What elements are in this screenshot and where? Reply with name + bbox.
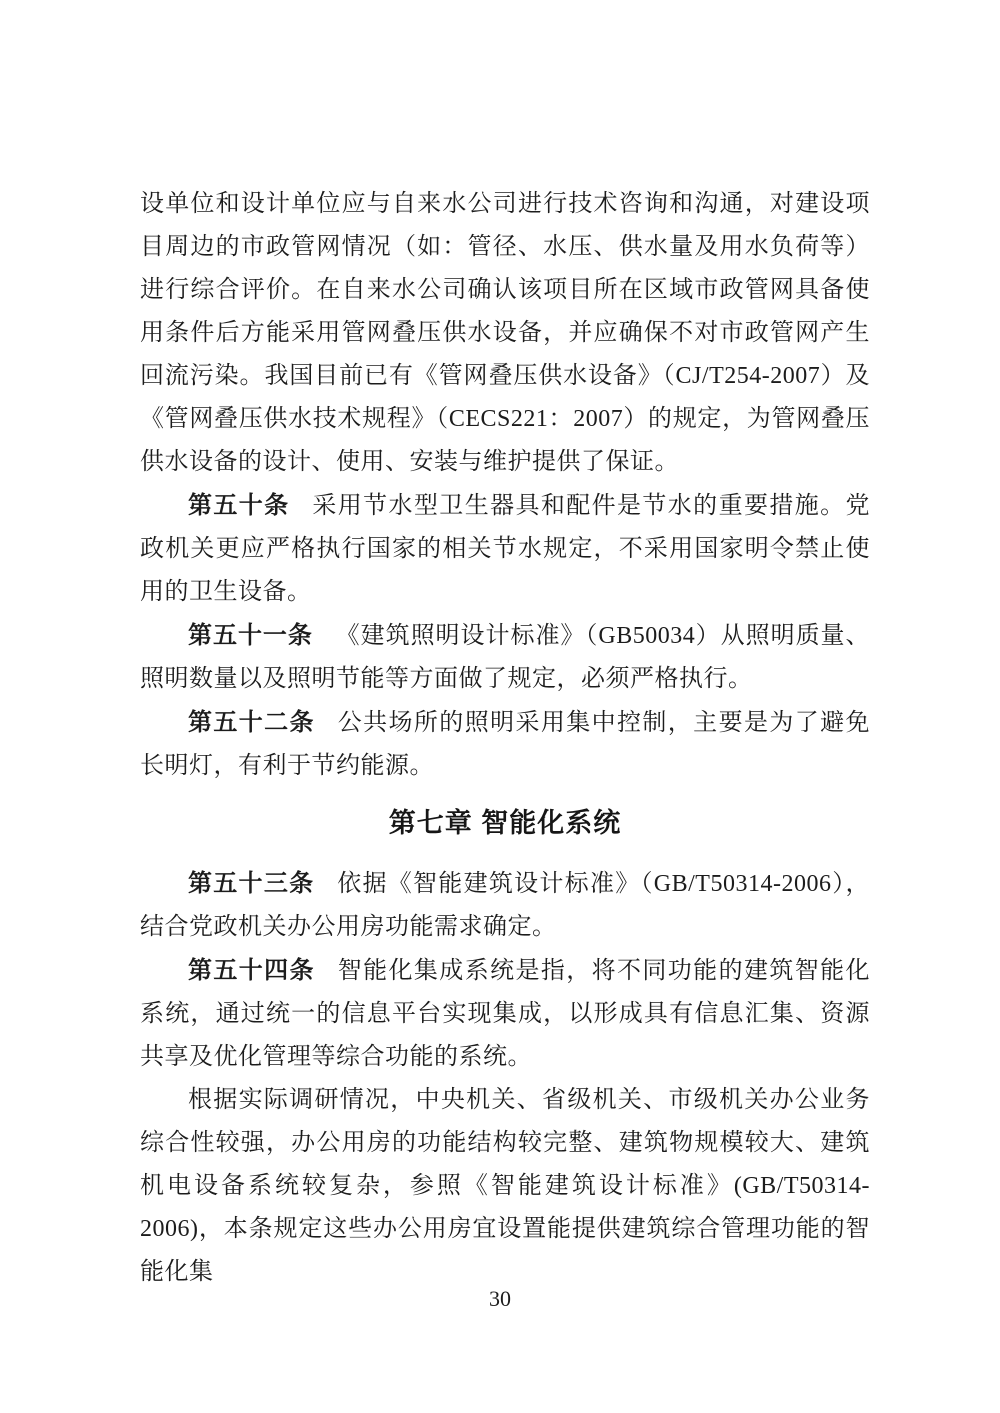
page-number: 30 [0, 1286, 1000, 1312]
article-number: 第五十三条 [188, 870, 314, 897]
article-number: 第五十一条 [188, 622, 313, 649]
paragraph-article-51: 第五十一条《建筑照明设计标准》（GB50034）从照明质量、照明数量以及照明节能… [140, 614, 870, 701]
article-number: 第五十四条 [188, 957, 315, 984]
paragraph-commentary: 根据实际调研情况，中央机关、省级机关、市级机关办公业务综合性较强，办公用房的功能… [140, 1079, 870, 1294]
paragraph-text: 设单位和设计单位应与自来水公司进行技术咨询和沟通，对建设项目周边的市政管网情况（… [140, 191, 870, 475]
chapter-heading: 第七章 智能化系统 [140, 802, 870, 844]
paragraph-article-50: 第五十条采用节水型卫生器具和配件是节水的重要措施。党政机关更应严格执行国家的相关… [140, 484, 870, 614]
document-page: 设单位和设计单位应与自来水公司进行技术咨询和沟通，对建设项目周边的市政管网情况（… [0, 0, 1000, 1413]
article-number: 第五十二条 [188, 709, 315, 736]
page-content: 设单位和设计单位应与自来水公司进行技术咨询和沟通，对建设项目周边的市政管网情况（… [0, 0, 1000, 1294]
article-number: 第五十条 [188, 492, 290, 519]
paragraph-text: 根据实际调研情况，中央机关、省级机关、市级机关办公业务综合性较强，办公用房的功能… [140, 1087, 870, 1285]
paragraph-article-53: 第五十三条依据《智能建筑设计标准》（GB/T50314-2006），结合党政机关… [140, 862, 870, 949]
paragraph-article-52: 第五十二条公共场所的照明采用集中控制，主要是为了避免长明灯，有利于节约能源。 [140, 701, 870, 788]
paragraph-article-54: 第五十四条智能化集成系统是指，将不同功能的建筑智能化系统，通过统一的信息平台实现… [140, 949, 870, 1079]
paragraph-continuation: 设单位和设计单位应与自来水公司进行技术咨询和沟通，对建设项目周边的市政管网情况（… [140, 183, 870, 484]
